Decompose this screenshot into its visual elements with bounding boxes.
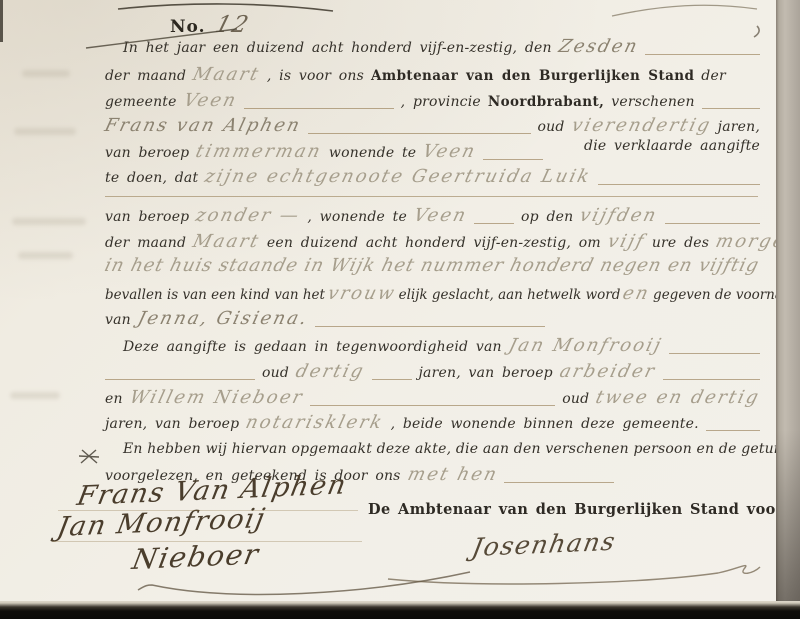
page-edge-left [0,0,3,42]
printed-text: te doen, dat [105,170,198,188]
handwritten-entry-birth-month: Maart [191,233,262,251]
printed-text: gemeente [105,94,177,112]
act-line-14: en Willem Nieboer oud twee en dertig [105,389,760,409]
printed-text: , is voor ons [267,68,364,86]
printed-text: van [105,312,131,330]
act-line-9: in het huis staande in Wijk het nummer h… [105,257,760,275]
page-edge-right-shade [776,430,800,619]
page-edge-bottom [0,601,800,619]
act-line-5: van beroep timmerman wonende te Veen die… [105,143,760,163]
act-line-13: oud dertig jaren, van beroep arbeider [105,363,760,383]
printed-text: gegeven de voorna [653,287,783,304]
bleedthrough-mark [14,128,76,135]
printed-text: wonende te [329,145,416,163]
bleedthrough-mark [12,218,86,225]
printed-text: op den [521,209,573,227]
act-line-2: der maand Maart , is voor ons Ambtenaar … [105,66,760,86]
handwritten-entry-mother-residence: Veen [412,207,470,225]
act-line-7: van beroep zonder — , wonende te Veen op… [105,207,760,227]
signature-official: Josenhans [470,529,618,560]
ruled-line [663,379,761,380]
act-number-value: 12 [212,12,253,38]
act-line-10: bevallen is van een kind van het vrouw e… [105,285,760,304]
handwritten-entry-residence: Veen [421,143,479,161]
printed-text: , beide wonende binnen deze gemeente. [391,416,699,434]
printed-text: een duizend acht honderd vijf-en-zestig,… [267,235,601,253]
printed-text: jaren, van beroep [105,416,239,434]
handwritten-entry-witness1-name: Jan Monfrooij [506,337,664,355]
printed-text: der maand [105,235,186,253]
handwritten-entry-witness2-profession: notarisklerk [244,414,386,432]
handwritten-entry-day: Zesden [556,38,640,56]
handwritten-entry-gemeente: Veen [181,92,239,110]
printed-text: oud [538,119,565,137]
ruled-line [308,133,531,134]
printed-text: en [105,391,123,409]
handwritten-entry-child-names: Jenna, Gisiena. [136,310,311,328]
printed-text: van beroep [105,145,189,163]
bleedthrough-mark [10,392,60,399]
ruled-line [105,379,255,380]
ruled-line [244,108,394,109]
handwritten-entry-witness1-profession: arbeider [558,363,658,381]
ruled-line [702,108,760,109]
printed-text: Deze aangifte is gedaan in tegenwoordigh… [123,339,502,357]
printed-text: elijk geslacht, aan hetwelk word [399,287,621,304]
handwritten-entry-mother-profession: zonder — [194,207,303,225]
printed-text: Ambtenaar van den Burgerlijken Stand [371,68,694,85]
printed-text: ure des [652,235,709,253]
act-line-11: van Jenna, Gisiena. [105,310,760,330]
act-line-8: der maand Maart een duizend acht honderd… [105,233,760,253]
act-line-4: Frans van Alphen oud vierendertig jaren, [105,117,760,137]
printed-text: bevallen is van een kind van het [105,287,325,304]
printed-text: der maand [105,68,186,86]
printed-text: der [701,68,726,86]
printed-text: En hebben wij hiervan opgemaakt deze akt… [123,441,800,459]
ruled-line [315,326,545,327]
act-number: No. 12 [170,12,249,38]
ruled-line [105,196,758,197]
act-line-12: Deze aangifte is gedaan in tegenwoordigh… [105,337,760,357]
act-line-3: gemeente Veen , provincie Noordbrabant, … [105,92,760,112]
ruled-line [665,223,760,224]
ruled-line [310,405,555,406]
ruled-line [58,510,358,511]
printed-text: In het jaar een duizend acht honderd vij… [123,40,552,58]
handwritten-entry-profession: timmerman [194,143,324,161]
handwritten-entry-witness2-name: Willem Nieboer [127,389,305,407]
handwritten-entry-suffix: en [621,285,652,303]
signature-witness2: Nieboer [130,541,262,574]
handwritten-entry-witness2-age: twee en dertig [594,389,762,407]
ruled-line [598,184,760,185]
handwritten-entry-mother: zijne echtgenoote Geertruida Luik [203,168,593,186]
printed-text: oud [262,365,289,383]
printed-text: , wonende te [307,209,407,227]
printed-text: Noordbrabant, [488,94,604,111]
handwritten-entry-month: Maart [191,66,262,84]
handwritten-entry-birth-day: vijfden [578,207,660,225]
handwritten-entry-signedwith: met hen [405,466,499,484]
handwritten-entry-witness1-age: dertig [294,363,367,381]
bleedthrough-mark [22,70,70,77]
act-number-label: No. [170,17,206,37]
official-caption: De Ambtenaar van den Burgerlijken Stand … [368,501,800,518]
handwritten-entry-age: vierendertig [569,117,713,135]
printed-text: verschenen [611,94,695,112]
handwritten-entry-house: in het huis staande in Wijk het nummer h… [103,257,761,275]
act-line-6: te doen, dat zijne echtgenoote Geertruid… [105,168,760,188]
ruled-line [669,353,760,354]
ruled-line [706,430,760,431]
act-line-1: In het jaar een duizend acht honderd vij… [105,38,760,58]
printed-text: , provincie [401,94,481,112]
handwritten-entry-declarant-name: Frans van Alphen [103,117,303,135]
printed-text: jaren, van beroep [419,365,553,383]
printed-text: van beroep [105,209,189,227]
handwritten-entry-gender: vrouw [326,285,398,303]
ruled-line [52,541,362,542]
ruled-line [504,482,614,483]
act-line-16: En hebben wij hiervan opgemaakt deze akt… [105,441,760,459]
act-line-15: jaren, van beroep notarisklerk , beide w… [105,414,760,434]
printed-text: oud [562,391,589,409]
handwritten-entry-hour: vijf [606,233,647,251]
ruled-line [474,223,514,224]
ruled-line [483,159,543,160]
ruled-line [372,379,412,380]
ruled-line [645,54,760,55]
printed-text: die verklaarde aangifte [584,138,760,156]
bleedthrough-mark [18,252,73,259]
printed-text: jaren, [718,119,760,137]
